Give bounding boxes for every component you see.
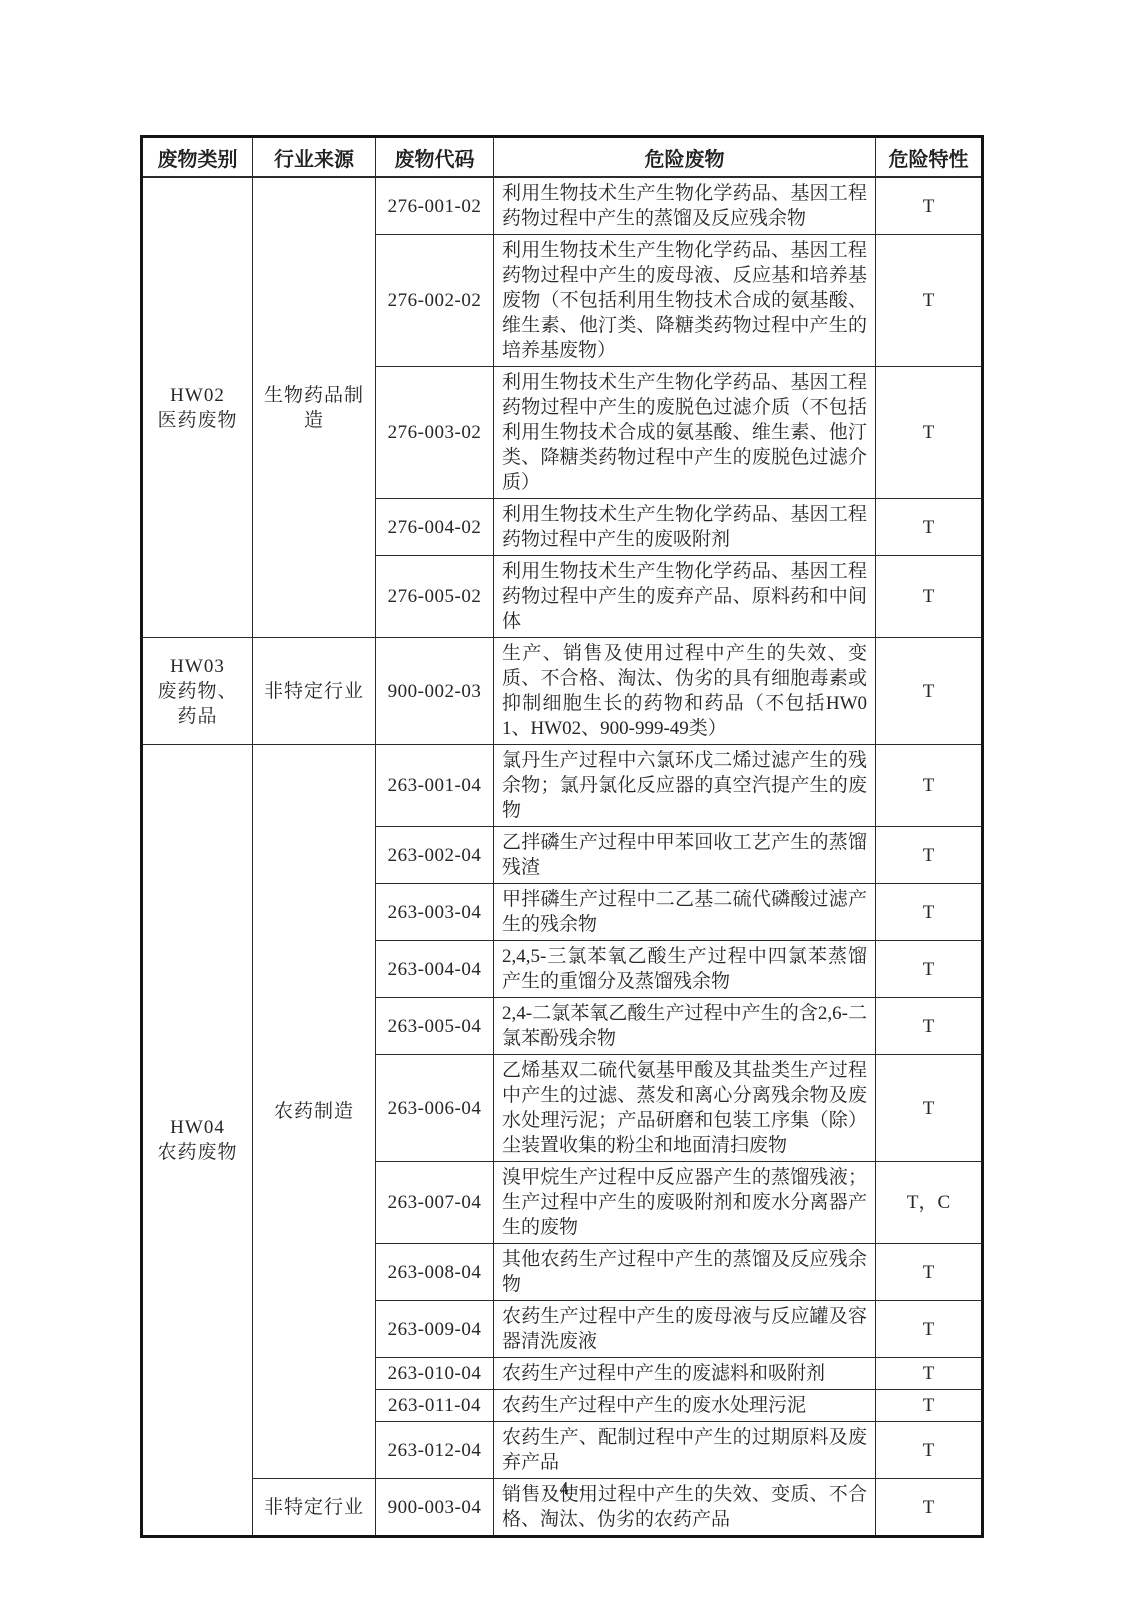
hazard-trait: T — [876, 745, 983, 827]
category-cell-hw04: HW04 农药废物 — [142, 745, 253, 1537]
waste-description: 2,4,5-三氯苯氧乙酸生产过程中四氯苯蒸馏产生的重馏分及蒸馏残余物 — [494, 941, 876, 998]
col-header-industry-source: 行业来源 — [253, 137, 376, 178]
page-number: - 4 - — [0, 1478, 1131, 1499]
waste-code: 276-002-02 — [376, 235, 494, 367]
waste-code: 263-009-04 — [376, 1301, 494, 1358]
hazard-trait: T — [876, 1055, 983, 1162]
waste-code: 276-004-02 — [376, 499, 494, 556]
industry-cell: 生物药品制造 — [253, 177, 376, 638]
hazard-trait: T — [876, 1390, 983, 1422]
waste-code: 276-005-02 — [376, 556, 494, 638]
hazard-trait: T — [876, 827, 983, 884]
waste-code: 900-002-03 — [376, 638, 494, 745]
waste-description: 利用生物技术生产生物化学药品、基因工程药物过程中产生的废脱色过滤介质（不包括利用… — [494, 367, 876, 499]
waste-description: 溴甲烷生产过程中反应器产生的蒸馏残液；生产过程中产生的废吸附剂和废水分离器产生的… — [494, 1162, 876, 1244]
waste-description: 氯丹生产过程中六氯环戊二烯过滤产生的残余物；氯丹氯化反应器的真空汽提产生的废物 — [494, 745, 876, 827]
waste-description: 农药生产、配制过程中产生的过期原料及废弃产品 — [494, 1422, 876, 1479]
waste-code: 263-004-04 — [376, 941, 494, 998]
col-header-hazardous-waste: 危险废物 — [494, 137, 876, 178]
header-row: 废物类别 行业来源 废物代码 危险废物 危险特性 — [142, 137, 983, 178]
waste-code: 263-010-04 — [376, 1358, 494, 1390]
hazard-trait: T — [876, 556, 983, 638]
waste-code: 263-002-04 — [376, 827, 494, 884]
waste-description: 甲拌磷生产过程中二乙基二硫代磷酸过滤产生的残余物 — [494, 884, 876, 941]
hazard-trait: T — [876, 941, 983, 998]
hazardous-waste-table: 废物类别 行业来源 废物代码 危险废物 危险特性 HW02 医药废物 生物药品制… — [140, 135, 984, 1538]
table-row: HW02 医药废物 生物药品制造 276-001-02 利用生物技术生产生物化学… — [142, 177, 983, 235]
hazard-trait: T — [876, 367, 983, 499]
hazard-trait: T — [876, 998, 983, 1055]
waste-description: 生产、销售及使用过程中产生的失效、变质、不合格、淘汰、伪劣的具有细胞毒素或抑制细… — [494, 638, 876, 745]
hazard-trait: T — [876, 235, 983, 367]
document-page: 废物类别 行业来源 废物代码 危险废物 危险特性 HW02 医药废物 生物药品制… — [0, 0, 1131, 1600]
waste-description: 农药生产过程中产生的废水处理污泥 — [494, 1390, 876, 1422]
table-row: HW03 废药物、 药品 非特定行业 900-002-03 生产、销售及使用过程… — [142, 638, 983, 745]
waste-code: 263-007-04 — [376, 1162, 494, 1244]
waste-code: 276-003-02 — [376, 367, 494, 499]
waste-description: 其他农药生产过程中产生的蒸馏及反应残余物 — [494, 1244, 876, 1301]
waste-code: 263-003-04 — [376, 884, 494, 941]
waste-code: 263-012-04 — [376, 1422, 494, 1479]
waste-description: 利用生物技术生产生物化学药品、基因工程药物过程中产生的废吸附剂 — [494, 499, 876, 556]
hazard-trait: T — [876, 884, 983, 941]
waste-code: 276-001-02 — [376, 177, 494, 235]
hazard-trait: T — [876, 1422, 983, 1479]
industry-cell: 非特定行业 — [253, 638, 376, 745]
waste-code: 263-006-04 — [376, 1055, 494, 1162]
hazard-trait: T — [876, 638, 983, 745]
waste-description: 利用生物技术生产生物化学药品、基因工程药物过程中产生的废母液、反应基和培养基废物… — [494, 235, 876, 367]
waste-description: 农药生产过程中产生的废滤料和吸附剂 — [494, 1358, 876, 1390]
waste-description: 利用生物技术生产生物化学药品、基因工程药物过程中产生的废弃产品、原料药和中间体 — [494, 556, 876, 638]
waste-code: 263-008-04 — [376, 1244, 494, 1301]
waste-code: 263-001-04 — [376, 745, 494, 827]
hazard-trait: T — [876, 1358, 983, 1390]
category-cell-hw03: HW03 废药物、 药品 — [142, 638, 253, 745]
waste-code: 263-005-04 — [376, 998, 494, 1055]
waste-description: 乙烯基双二硫代氨基甲酸及其盐类生产过程中产生的过滤、蒸发和离心分离残余物及废水处… — [494, 1055, 876, 1162]
industry-cell: 农药制造 — [253, 745, 376, 1479]
hazard-trait: T — [876, 499, 983, 556]
hazard-trait: T — [876, 1244, 983, 1301]
table-row: HW04 农药废物 农药制造 263-001-04 氯丹生产过程中六氯环戊二烯过… — [142, 745, 983, 827]
col-header-waste-category: 废物类别 — [142, 137, 253, 178]
waste-description: 农药生产过程中产生的废母液与反应罐及容器清洗废液 — [494, 1301, 876, 1358]
waste-description: 利用生物技术生产生物化学药品、基因工程药物过程中产生的蒸馏及反应残余物 — [494, 177, 876, 235]
col-header-hazard-trait: 危险特性 — [876, 137, 983, 178]
col-header-waste-code: 废物代码 — [376, 137, 494, 178]
hazard-trait: T — [876, 1301, 983, 1358]
waste-code: 263-011-04 — [376, 1390, 494, 1422]
hazard-trait: T，C — [876, 1162, 983, 1244]
waste-description: 2,4-二氯苯氧乙酸生产过程中产生的含2,6-二氯苯酚残余物 — [494, 998, 876, 1055]
waste-description: 乙拌磷生产过程中甲苯回收工艺产生的蒸馏残渣 — [494, 827, 876, 884]
category-cell-hw02: HW02 医药废物 — [142, 177, 253, 638]
hazard-trait: T — [876, 177, 983, 235]
